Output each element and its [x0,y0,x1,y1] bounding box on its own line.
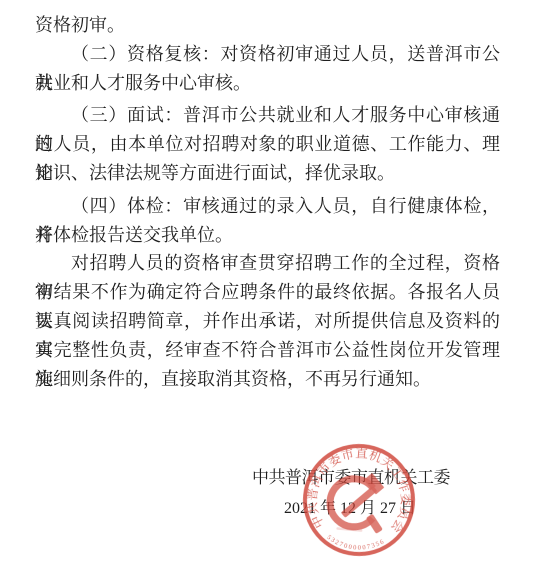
document-line: （四）体检：审核通过的录入人员，自行健康体检，并 [35,192,500,221]
document-line: 对招聘人员的资格审查贯穿招聘工作的全过程，资格初 [35,249,500,278]
document-line: 施细则条件的，直接取消其资格，不再另行通知。 [35,365,500,394]
document-line: 审结果不作为确定符合应聘条件的最终依据。各报名人员要 [35,278,500,307]
document-line: 就业和人才服务中心审核。 [35,69,500,98]
document-line: 资格初审。 [35,11,500,40]
document-line: 知识、法律法规等方面进行面试，择优录取。 [35,159,500,188]
document-line: 的人员，由本单位对招聘对象的职业道德、工作能力、理论 [35,130,500,159]
official-seal: 中共普洱市委市直机关工作委员会 5327000007356 [283,424,435,568]
document-line: （三）面试：普洱市公共就业和人才服务中心审核通过 [35,101,500,130]
document-line: （二）资格复核：对资格初审通过人员，送普洱市公共 [35,40,500,69]
document-lines: 资格初审。（二）资格复核：对资格初审通过人员，送普洱市公共就业和人才服务中心审核… [35,11,500,393]
document-line: 认真阅读招聘简章，并作出承诺，对所提供信息及资料的真 [35,307,500,336]
document-line: 将体检报告送交我单位。 [35,221,500,250]
hammer-sickle-icon [328,470,388,535]
document-line: 实完整性负责，经审查不符合普洱市公益性岗位开发管理实 [35,336,500,365]
